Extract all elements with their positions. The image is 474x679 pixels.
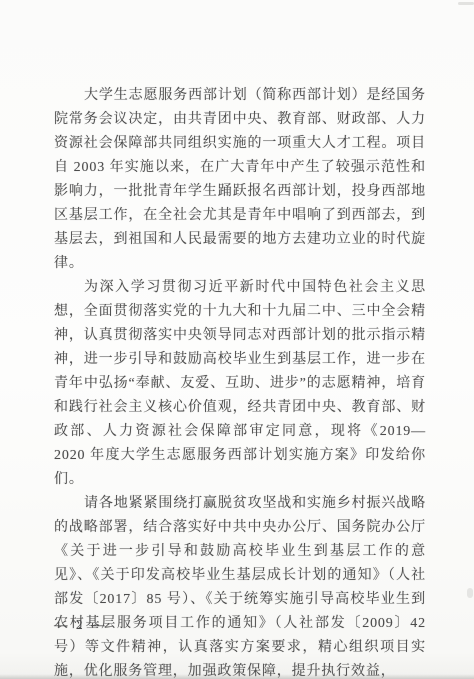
paragraph-1: 大学生志愿服务西部计划（简称西部计划）是经国务院常务会议决定，由共青团中央、教育… — [54, 84, 426, 276]
scan-artifact — [467, 588, 473, 598]
scanned-document-page: 大学生志愿服务西部计划（简称西部计划）是经国务院常务会议决定，由共青团中央、教育… — [0, 0, 474, 679]
paragraph-3: 请各地紧紧围绕打赢脱贫攻坚战和实施乡村振兴战略的战略部署，结合落实好中共中央办公… — [54, 492, 426, 679]
page-number: — 2 — — [54, 617, 107, 633]
scan-page-edge — [0, 674, 474, 679]
scan-artifact — [458, 2, 474, 5]
document-body: 大学生志愿服务西部计划（简称西部计划）是经国务院常务会议决定，由共青团中央、教育… — [54, 84, 426, 679]
paragraph-2: 为深入学习贯彻习近平新时代中国特色社会主义思想，全面贯彻落实党的十九大和十九届二… — [54, 276, 426, 492]
